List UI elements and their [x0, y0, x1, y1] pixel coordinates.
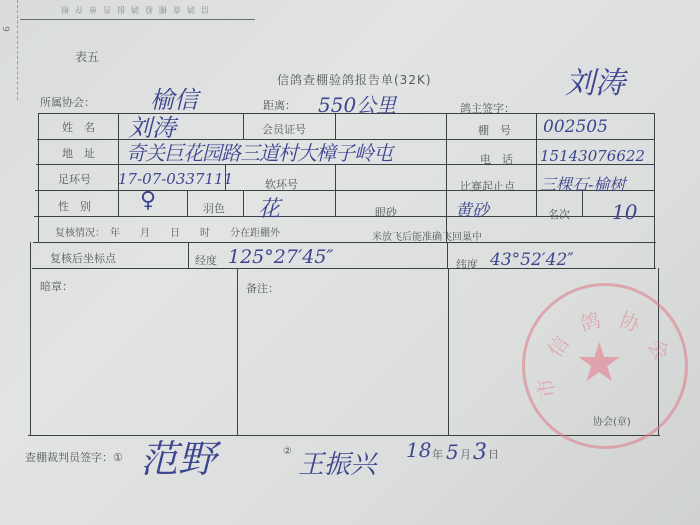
sex-value: ♀: [140, 188, 156, 213]
sex-label: 性 别: [58, 198, 91, 214]
longitude-label: 经度: [195, 252, 217, 268]
loft-no-label: 棚 号: [478, 122, 511, 138]
inspector-label: 查棚裁判员签字：①: [25, 449, 123, 465]
date-day: 3: [473, 440, 487, 465]
latitude-value: 43°52′42″: [490, 250, 574, 270]
rank-value: 10: [612, 200, 637, 224]
stub-strip-text: 信鸽查棚验鸽报告单存根: [55, 4, 209, 15]
longitude-value: 125°27′45″: [228, 246, 334, 268]
eye-value: 黄砂: [455, 196, 489, 221]
perforation-line: [17, 0, 19, 100]
member-id-label: 会员证号: [262, 121, 306, 137]
remarks-label: 备注：: [246, 280, 279, 296]
stub-divider: [20, 19, 255, 20]
coords-label: 复核后坐标点: [50, 250, 116, 266]
assoc-seal-label: 协会(章): [593, 413, 631, 428]
owner-signature-top: 刘涛: [565, 58, 625, 102]
recheck-tail: 米放飞后能准确飞回巢中: [372, 228, 482, 243]
rank-label: 名次: [548, 206, 570, 222]
inspector1-signature: 范野: [140, 428, 216, 483]
side-mark: 9: [0, 26, 10, 32]
date-year: 18: [406, 438, 431, 462]
eye-label: 眼砂: [375, 204, 397, 220]
latitude-label: 纬度: [456, 256, 478, 272]
foot-ring-value: 17-07-0337111: [118, 170, 233, 188]
date-year-label: 年: [432, 446, 443, 462]
star-icon: ★: [575, 336, 623, 390]
address-value: 奇关巨花园路三道村大樟子岭屯: [126, 137, 392, 166]
phone-label: 电 话: [480, 151, 513, 167]
address-label: 地 址: [62, 145, 95, 161]
inspector2-signature: 王振兴: [298, 444, 376, 481]
feather-value: 花: [258, 192, 280, 223]
name-label: 姓 名: [62, 119, 95, 135]
distance-label: 距离：: [263, 97, 296, 113]
date-month: 5: [446, 440, 459, 464]
date-day-label: 日: [488, 446, 499, 462]
date-month-label: 月: [460, 446, 471, 462]
soft-ring-label: 软环号: [265, 176, 298, 192]
loft-no-value: 002505: [543, 117, 608, 137]
inspector2-marker: ②: [283, 446, 292, 457]
race-points-value: 三棵石-榆树: [540, 172, 625, 195]
feather-label: 羽色: [203, 200, 225, 216]
recheck-text: 复核情况： 年 月 日 时 分在距棚外: [55, 224, 280, 239]
secret-mark-label: 暗章：: [40, 278, 73, 294]
table-number: 表五: [75, 48, 99, 65]
phone-value: 15143076622: [540, 147, 645, 165]
association-label: 所属协会：: [40, 94, 95, 110]
foot-ring-label: 足环号: [58, 171, 91, 187]
form-title: 信鸽查棚验鸽报告单(32K): [277, 71, 432, 88]
race-points-label: 比赛起止点: [460, 178, 515, 194]
